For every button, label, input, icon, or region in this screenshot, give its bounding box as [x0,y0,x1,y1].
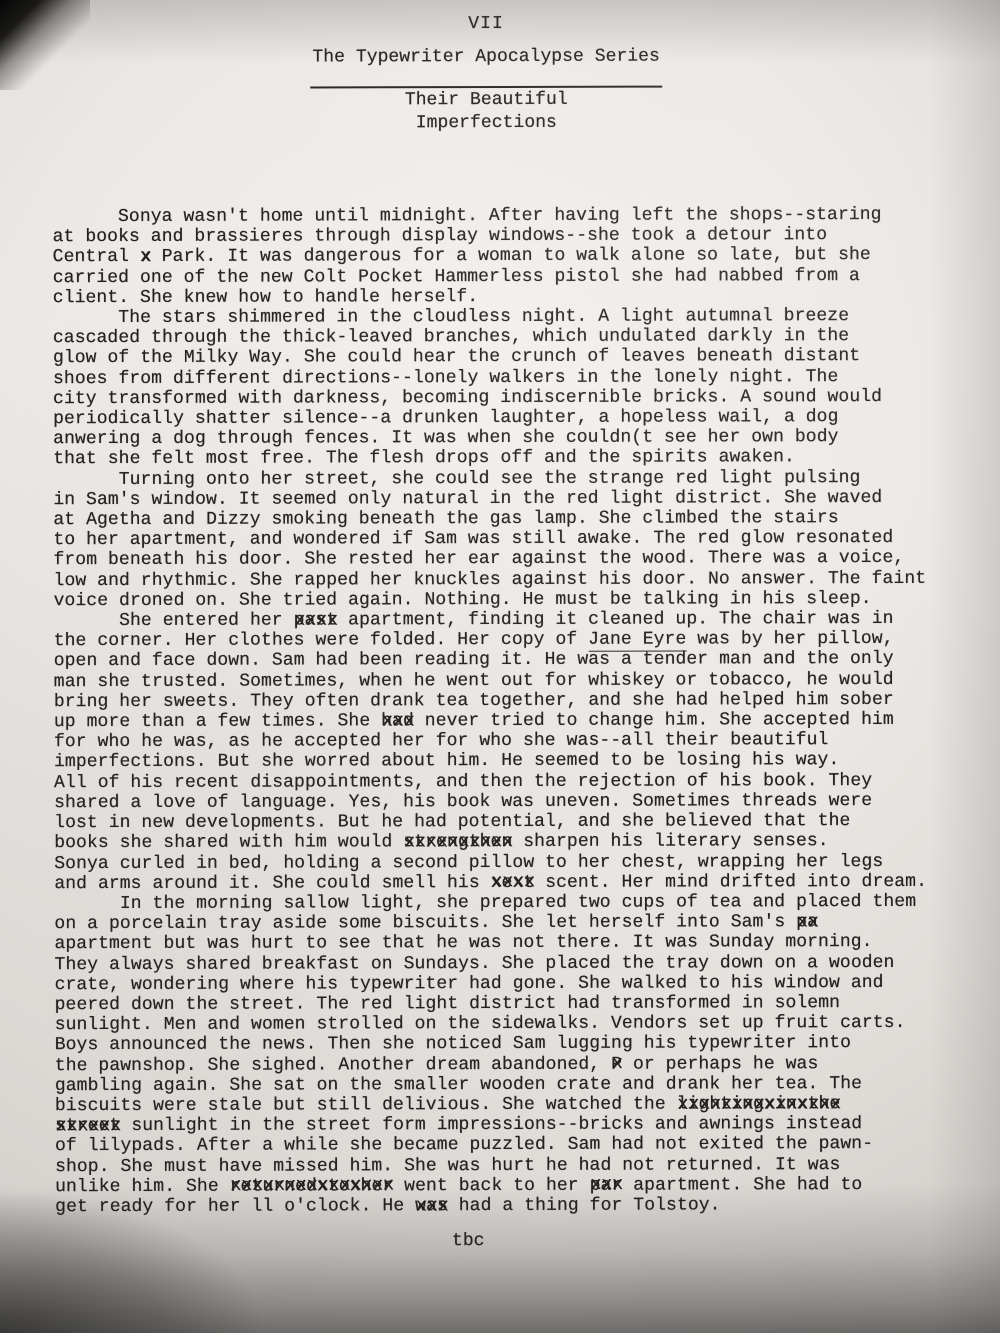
text-segment: or perhaps he was [622,1054,818,1075]
text-line: street sunlight in the street form impre… [55,1114,1000,1137]
text-line: Sonya wasn't home until midnight. After … [53,205,1000,228]
text-segment: carried one of the new Colt Pocket Hamme… [53,266,860,288]
text-segment: client. She knew how to handle herself. [53,287,478,308]
text-line: shop. She must have missed him. She was … [55,1154,1000,1177]
text-segment: the pawnshop. She sighed. Another dream … [55,1054,611,1075]
text-line: up more than a few times. She had never … [54,710,1000,733]
text-line: on a porcelain tray aside some biscuits.… [54,912,1000,935]
story-title-line-2: Imperfections [36,111,936,134]
text-line: In the morning sallow light, she prepare… [54,892,1000,915]
page-header: VII The Typewriter Apocalypse Series The… [36,13,936,134]
text-line: imperfections. But she worred about him.… [54,750,1000,773]
text-segment: and arms around it. She could smell his [54,873,490,894]
text-line: glow of the Milky Way. She could hear th… [53,346,1000,369]
text-line: shoes from different directions--lonely … [53,366,1000,389]
text-segment: man she trusted. Sometimes, when he went… [54,670,894,692]
text-segment: books she shared with him would [54,833,403,854]
text-line: Boys announced the news. Then she notice… [55,1033,1000,1056]
text-segment: imperfections. But she worred about him.… [54,751,839,773]
text-segment: Turning onto her street, she could see t… [53,468,860,490]
struck-out-text: xext [491,873,535,893]
text-segment: gambling again. She sat on the smaller w… [55,1074,862,1096]
text-segment: Sonya curled in bed, holding a second pi… [54,851,883,873]
chapter-number: VII [36,13,936,35]
text-segment: unlike him. She [55,1176,230,1196]
text-segment: The stars shimmered in the cloudless nig… [53,306,849,328]
text-segment: bring her sweets. They often drank tea t… [54,690,894,712]
struck-out-text: past [294,610,338,630]
text-segment: voice droned on. She tried again. Nothin… [54,589,872,611]
text-segment: at books and brassieres through display … [53,225,828,247]
text-segment: shop. She must have missed him. She was … [55,1155,840,1177]
text-segment: cascaded through the thick-leaved branch… [53,326,849,348]
struck-out-text: P [611,1054,622,1074]
text-segment: glow of the Milky Way. She could hear th… [53,346,860,368]
story-title-line-1: Their Beautiful [36,89,936,112]
text-line: peered down the street. The red light di… [55,993,1000,1016]
text-segment: Sonya wasn't home until midnight. After … [53,205,882,227]
text-segment: on a porcelain tray aside some biscuits.… [54,912,796,934]
text-line: cascaded through the thick-leaved branch… [53,326,1000,349]
text-line: in Sam's window. It seemed only natural … [53,488,1000,511]
text-segment: She entered her [54,611,294,632]
text-segment: city transformed with darkness, becoming… [53,387,882,409]
text-segment: All of his recent disappointments, and t… [54,771,872,793]
to-be-continued-mark: tbc [18,1230,918,1252]
text-segment: sunlight. Men and women strolled on the … [55,1013,906,1035]
text-segment: shoes from different directions--lonely … [53,367,838,389]
text-line: Central x Park. It was dangerous for a w… [53,245,1000,268]
text-segment: crate, wondering where his typewriter ha… [55,973,884,995]
document-body: Sonya wasn't home until midnight. After … [1,205,1000,1218]
underlined-text: Jane Eyre [588,630,686,652]
series-title: The Typewriter Apocalypse Series [36,46,936,68]
text-line: to her apartment, and wondered if Sam wa… [53,528,1000,551]
text-segment: They always shared breakfast on Sundays.… [54,952,894,974]
text-line: client. She knew how to handle herself. [53,286,1000,309]
page-content: VII The Typewriter Apocalypse Series The… [0,0,1000,1252]
text-segment: get ready for her ll o'clock. He [55,1196,415,1217]
text-line: at Agetha and Dizzy smoking beneath the … [53,508,1000,531]
text-segment: from beneath his door. She rested her ea… [53,548,904,570]
text-segment: went back to her [393,1176,589,1197]
text-line: voice droned on. She tried again. Nothin… [54,589,1000,612]
text-line: The stars shimmered in the cloudless nig… [53,306,1000,329]
text-segment: Boys announced the news. Then she notice… [55,1033,851,1055]
text-segment: apartment but was hurt to see that he wa… [54,932,872,954]
text-line: periodically shatter silence--a drunken … [53,407,1000,430]
text-line: All of his recent disappointments, and t… [54,770,1000,793]
text-line: bring her sweets. They often drank tea t… [54,690,1000,713]
text-segment: scent. Her mind drifted into dream. [534,872,927,893]
text-segment: at Agetha and Dizzy smoking beneath the … [53,508,838,530]
text-segment: sharpen his literary senses. [512,831,828,852]
text-line: shared a love of language. Yes, his book… [54,791,1000,814]
text-line: apartment but was hurt to see that he wa… [54,932,1000,955]
text-line: She entered her past apartment, finding … [54,609,1000,632]
text-segment: Central [53,247,140,267]
text-line: for who he was, as he accepted her for w… [54,730,1000,753]
text-line: at books and brassieres through display … [53,225,1000,248]
text-line: biscuits were stale but still delivious.… [55,1094,1000,1117]
text-line: They always shared breakfast on Sundays.… [54,952,1000,975]
text-segment: for who he was, as he accepted her for w… [54,730,829,752]
text-line: lost in new developments. But he had pot… [54,811,1000,834]
text-segment: peered down the street. The red light di… [55,993,840,1015]
text-segment: the corner. Her clothes were folded. Her… [54,630,589,651]
struck-out-text: returnedxtoxher [230,1176,394,1197]
text-line: the pawnshop. She sighed. Another dream … [55,1053,1000,1076]
text-segment: sunlight in the street form impressions-… [120,1114,862,1136]
text-segment: periodically shatter silence--a drunken … [53,407,838,429]
text-line: the corner. Her clothes were folded. Her… [54,629,1000,652]
struck-out-text: had [381,711,414,731]
text-segment: of lilypads. After a while she became pu… [55,1134,873,1156]
text-line: man she trusted. Sometimes, when he went… [54,669,1000,692]
text-line: sunlight. Men and women strolled on the … [55,1013,1000,1036]
text-line: carried one of the new Colt Pocket Hamme… [53,265,1000,288]
text-line: from beneath his door. She rested her ea… [53,548,1000,571]
text-line: Sonya curled in bed, holding a second pi… [54,851,1000,874]
text-segment: apartment. She had to [622,1175,862,1196]
struck-out-text: par [590,1175,623,1195]
text-segment: biscuits were stale but still delivious.… [55,1094,677,1116]
text-segment: to her apartment, and wondered if Sam wa… [53,528,893,550]
text-line: books she shared with him would strength… [54,831,1000,854]
struck-out-text: lightingxinxthe [677,1094,841,1115]
struck-out-text: pa [796,912,818,932]
text-segment: was by her pillow, [686,629,893,650]
photo-of-typewritten-page: VII The Typewriter Apocalypse Series The… [0,0,1000,1333]
text-line: that she felt most free. The flesh drops… [53,447,1000,470]
struck-out-text: x [140,247,151,267]
text-segment: anwering a dog through fences. It was wh… [53,427,838,449]
text-segment: lost in new developments. But he had pot… [54,811,850,833]
text-line: anwering a dog through fences. It was wh… [53,427,1000,450]
text-segment: open and face down. Sam had been reading… [54,649,894,671]
title-underline-rule [310,86,662,89]
text-line: open and face down. Sam had been reading… [54,649,1000,672]
text-segment: never tried to change him. She accepted … [414,710,894,731]
struck-out-text: strengthen [403,832,512,852]
text-line: and arms around it. She could smell his … [54,871,1000,894]
text-segment: Park. It was dangerous for a woman to wa… [151,245,871,267]
text-line: of lilypads. After a while she became pu… [55,1134,1000,1157]
struck-out-text: was [415,1196,448,1216]
text-line: low and rhythmic. She rapped her knuckle… [53,568,1000,591]
text-line: gambling again. She sat on the smaller w… [55,1073,1000,1096]
text-line: city transformed with darkness, becoming… [53,387,1000,410]
text-segment: low and rhythmic. She rapped her knuckle… [53,569,926,591]
text-segment: had a thing for Tolstoy. [448,1195,721,1216]
text-segment: shared a love of language. Yes, his book… [54,791,872,813]
text-segment: up more than a few times. She [54,711,381,732]
text-line: get ready for her ll o'clock. He was had… [55,1195,1000,1218]
text-segment: that she felt most free. The flesh drops… [53,448,795,470]
text-line: crate, wondering where his typewriter ha… [55,972,1000,995]
struck-out-text: street [55,1116,121,1136]
text-segment: apartment, finding it cleaned up. The ch… [337,609,893,630]
text-segment: In the morning sallow light, she prepare… [54,892,916,914]
text-line: unlike him. She returnedxtoxher went bac… [55,1174,1000,1197]
text-segment: in Sam's window. It seemed only natural … [53,488,882,510]
text-line: Turning onto her street, she could see t… [53,467,1000,490]
